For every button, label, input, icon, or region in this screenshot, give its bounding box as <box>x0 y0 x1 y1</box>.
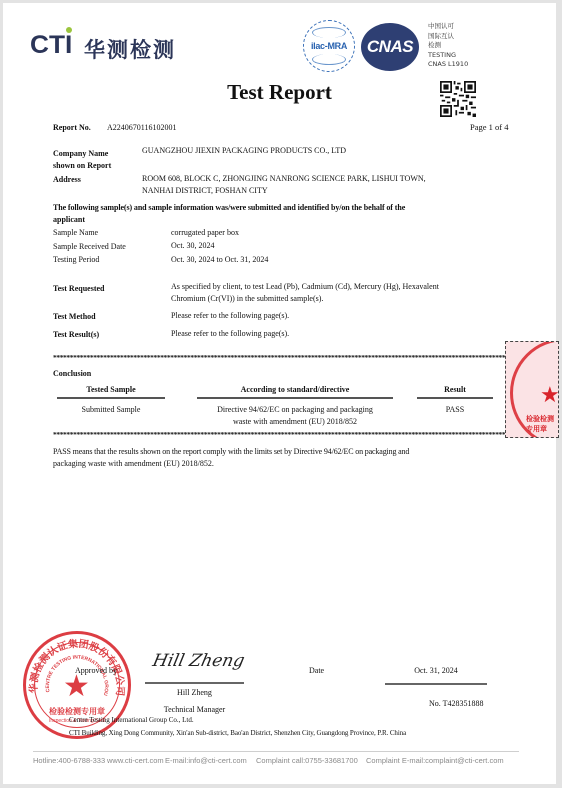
date-label: Date <box>309 666 324 675</box>
ilac-label: ilac-MRA <box>311 41 347 51</box>
header-rule <box>57 397 165 399</box>
page-title: Test Report <box>3 80 556 105</box>
col-header-standard: According to standard/directive <box>197 385 393 394</box>
edge-seal-label: 检验检测专用章 <box>526 414 558 434</box>
address-line-1: ROOM 608, BLOCK C, ZHONGJING NANRONG SCI… <box>142 174 426 183</box>
separator-stars: ****************************************… <box>53 430 518 439</box>
footer-complaint-email-link[interactable]: Complaint E-mail:complaint@cti-cert.com <box>366 756 504 765</box>
col-header-result: Result <box>417 385 493 394</box>
cnas-accreditation-text: 中国认可 国际互认 检测 TESTING CNAS L1910 <box>428 22 468 70</box>
company-name-value: GUANGZHOU JIEXIN PACKAGING PRODUCTS CO.,… <box>142 146 346 155</box>
testing-period-label: Testing Period <box>53 255 99 264</box>
conclusion-heading: Conclusion <box>53 369 91 378</box>
conclusion-standard-line-1: Directive 94/62/EC on packaging and pack… <box>183 404 407 416</box>
address-label: Address <box>53 175 81 184</box>
serial-number: No. T428351888 <box>429 699 484 708</box>
signer-name: Hill Zheng <box>145 688 244 697</box>
issuer-company: Centre Testing International Group Co., … <box>69 716 194 724</box>
signer-position: Technical Manager <box>145 705 244 714</box>
date-value: Oct. 31, 2024 <box>385 666 487 675</box>
sample-name-value: corrugated paper box <box>171 228 239 237</box>
company-label-2: shown on Report <box>53 161 111 170</box>
date-rule <box>385 683 487 685</box>
report-no-label: Report No. <box>53 123 91 132</box>
test-requested-line-2: Chromium (Cr(VI)) in the submitted sampl… <box>171 294 323 303</box>
test-requested-line-1: As specified by client, to test Lead (Pb… <box>171 282 439 291</box>
signature-handwriting: Hill Zheng <box>151 651 246 671</box>
logo-dot-icon <box>66 27 72 33</box>
footer-complaint-call: Complaint call:0755-33681700 <box>256 756 358 765</box>
test-requested-label: Test Requested <box>53 284 104 293</box>
pass-note-line-1: PASS means that the results shown on the… <box>53 447 409 456</box>
company-label: Company Name <box>53 149 108 158</box>
cnas-logo-icon: CNAS <box>361 23 419 71</box>
cnas-text-line: TESTING <box>428 51 468 61</box>
address-line-2: NANHAI DISTRICT, FOSHAN CITY <box>142 186 268 195</box>
cti-logo: CTI <box>30 31 72 60</box>
signature-rule <box>145 682 244 684</box>
test-results-value: Please refer to the following page(s). <box>171 329 289 338</box>
intro-text-2: applicant <box>53 215 85 224</box>
header-rule <box>417 397 493 399</box>
header-rule <box>197 397 393 399</box>
page-indicator: Page 1 of 4 <box>470 122 508 132</box>
received-date-value: Oct. 30, 2024 <box>171 241 215 250</box>
test-results-label: Test Result(s) <box>53 330 99 339</box>
edge-seal: ★ 检验检测专用章 <box>505 341 559 438</box>
testing-period-value: Oct. 30, 2024 to Oct. 31, 2024 <box>171 255 268 264</box>
approved-by-label: Approved by <box>75 666 117 675</box>
received-date-label: Sample Received Date <box>53 242 126 251</box>
cti-logo-chinese: 华测检测 <box>84 34 176 64</box>
conclusion-sample: Submitted Sample <box>57 404 165 416</box>
ilac-mra-logo-icon: ilac-MRA <box>303 20 355 72</box>
cnas-text-line: CNAS L1910 <box>428 60 468 70</box>
sample-name-label: Sample Name <box>53 228 98 237</box>
pass-note-line-2: packaging waste with amendment (EU) 2018… <box>53 459 214 468</box>
test-method-label: Test Method <box>53 312 96 321</box>
report-page: CTI 华测检测 ilac-MRA CNAS 中国认可 国际互认 检测 TEST… <box>3 3 556 784</box>
star-icon: ★ <box>540 382 559 408</box>
footer-email-link[interactable]: E-mail:info@cti-cert.com <box>165 756 247 765</box>
test-method-value: Please refer to the following page(s). <box>171 311 289 320</box>
footer-divider <box>33 751 519 752</box>
conclusion-standard-line-2: waste with amendment (EU) 2018/852 <box>183 416 407 428</box>
cnas-text-line: 中国认可 <box>428 22 468 32</box>
intro-text: The following sample(s) and sample infor… <box>53 203 405 212</box>
cnas-label: CNAS <box>366 37 414 57</box>
issuer-address: CTI Building, Xing Dong Community, Xin'a… <box>69 729 406 737</box>
cnas-text-line: 国际互认 <box>428 32 468 42</box>
conclusion-result-badge: PASS <box>417 404 493 416</box>
cnas-text-line: 检测 <box>428 41 468 51</box>
report-no-value: A2240670116102001 <box>107 123 176 132</box>
footer-hotline: Hotline:400-6788-333 <box>33 756 105 765</box>
separator-stars: ****************************************… <box>53 353 518 362</box>
col-header-tested-sample: Tested Sample <box>57 385 165 394</box>
star-icon: ★ <box>63 672 90 702</box>
footer-website-link[interactable]: www.cti-cert.com <box>107 756 164 765</box>
